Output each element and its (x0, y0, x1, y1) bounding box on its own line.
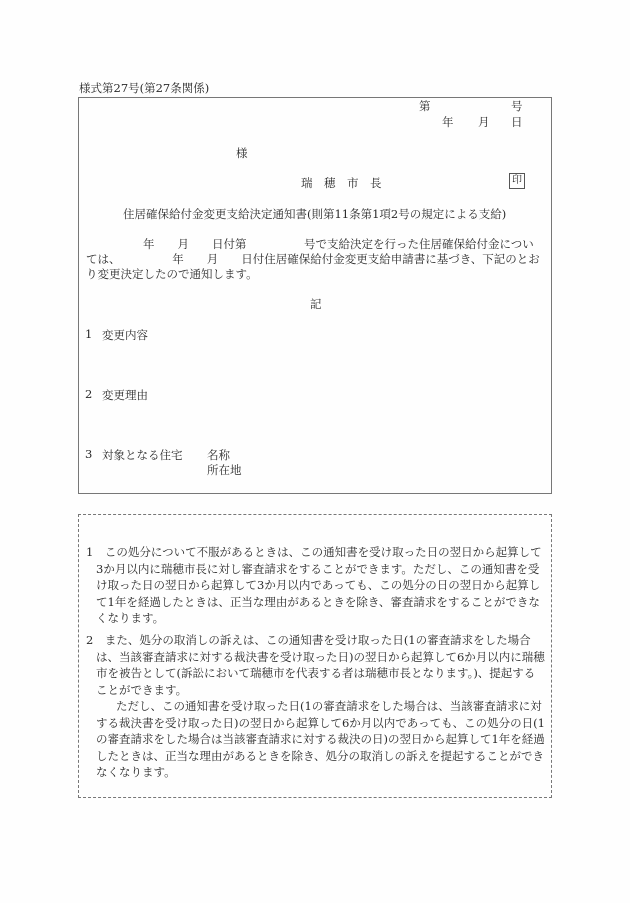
item-2-num: 2 (85, 387, 92, 401)
body-line-2: ては、 年 月 日付住居確保給付金変更支給申請書に基づき、下記のとお (86, 251, 540, 267)
item-3-label: 対象となる住宅 (102, 447, 183, 463)
number-suffix: 号 (511, 98, 523, 114)
notice-2-text: 2 また、処分の取消しの訴えは、この通知書を受け取った日(1の審査請求をした場合… (86, 632, 546, 698)
ki-heading: 記 (310, 296, 322, 312)
document-title: 住居確保給付金変更支給決定通知書(則第11条第1項2号の規定による支給) (123, 206, 506, 222)
item-1-label: 変更内容 (102, 327, 148, 343)
number-prefix: 第 (419, 98, 431, 114)
item-2-label: 変更理由 (102, 387, 148, 403)
appeal-notice-2: 2 また、処分の取消しの訴えは、この通知書を受け取った日(1の審査請求をした場合… (86, 632, 546, 781)
item-1-num: 1 (85, 327, 92, 341)
body-line-1: 年 月 日付第 号で支給決定を行った住居確保給付金につい (143, 236, 534, 252)
form-number: 様式第27号(第27条関係) (79, 80, 209, 96)
addressee-suffix: 様 (236, 145, 248, 161)
item-3-name-label: 名称 (207, 447, 230, 463)
date-month: 月 (478, 114, 490, 130)
notice-1-text: 1 この処分について不服があるときは、この通知書を受け取った日の翌日から起算して… (86, 544, 546, 627)
appeal-notice-1: 1 この処分について不服があるときは、この通知書を受け取った日の翌日から起算して… (86, 544, 546, 627)
item-3-address-label: 所在地 (207, 462, 242, 478)
notice-2-proviso: ただし、この通知書を受け取った日(1の審査請求をした場合は、当該審査請求に対する… (86, 698, 546, 781)
seal-mark: 印 (509, 173, 525, 189)
date-year: 年 (442, 114, 454, 130)
body-line-3: り変更決定したので通知します。 (86, 266, 258, 282)
issuer-name: 瑞 穂 市 長 (301, 175, 382, 191)
date-day: 日 (511, 114, 523, 130)
item-3-num: 3 (85, 447, 92, 461)
